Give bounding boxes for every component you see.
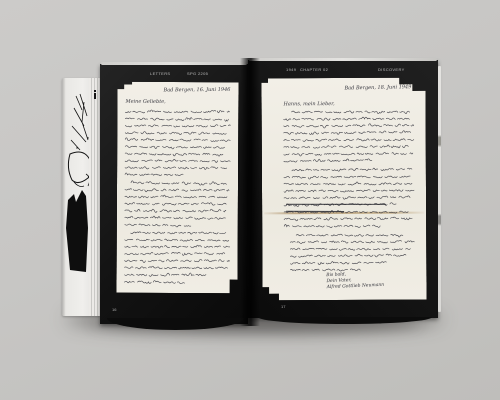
- left-page: LETTERS SPG 2205 Bad Bergen, 16. Juni 19…: [100, 64, 248, 324]
- running-head-item: CHAPTER 02: [300, 67, 328, 72]
- running-head-item: DISCOVERY: [378, 67, 405, 72]
- right-letter-paper: Bad Bergen, 18. Juni 1949 Hanns, mein Li…: [261, 78, 426, 301]
- right-fore-edge: [438, 66, 441, 312]
- running-head-item: SPG 2205: [187, 71, 208, 76]
- page-number-left: 16: [112, 307, 116, 312]
- left-letter-ink: [116, 82, 238, 294]
- page-number-right: 17: [281, 304, 285, 309]
- photo-of-open-book: LETTERS SPG 2205 Bad Bergen, 16. Juni 19…: [0, 0, 500, 400]
- right-letter-ink: [261, 78, 426, 301]
- ink-mark: [94, 93, 96, 99]
- left-letter-paper: Bad Bergen, 16. Juni 1946 Meine Geliebte…: [116, 82, 238, 294]
- gutter-shadow: [240, 58, 260, 326]
- page-fore-edges: [62, 78, 100, 316]
- running-head-item: LETTERS: [150, 71, 170, 76]
- right-page: 1949 CHAPTER 02 DISCOVERY Bad Bergen, 18…: [248, 60, 438, 318]
- page-edge-lines: [89, 78, 100, 316]
- running-head-item: 1949: [286, 67, 296, 72]
- right-letter-signature: Bis bald, Dein Vater, Alfred Gottlieb Ne…: [326, 271, 384, 291]
